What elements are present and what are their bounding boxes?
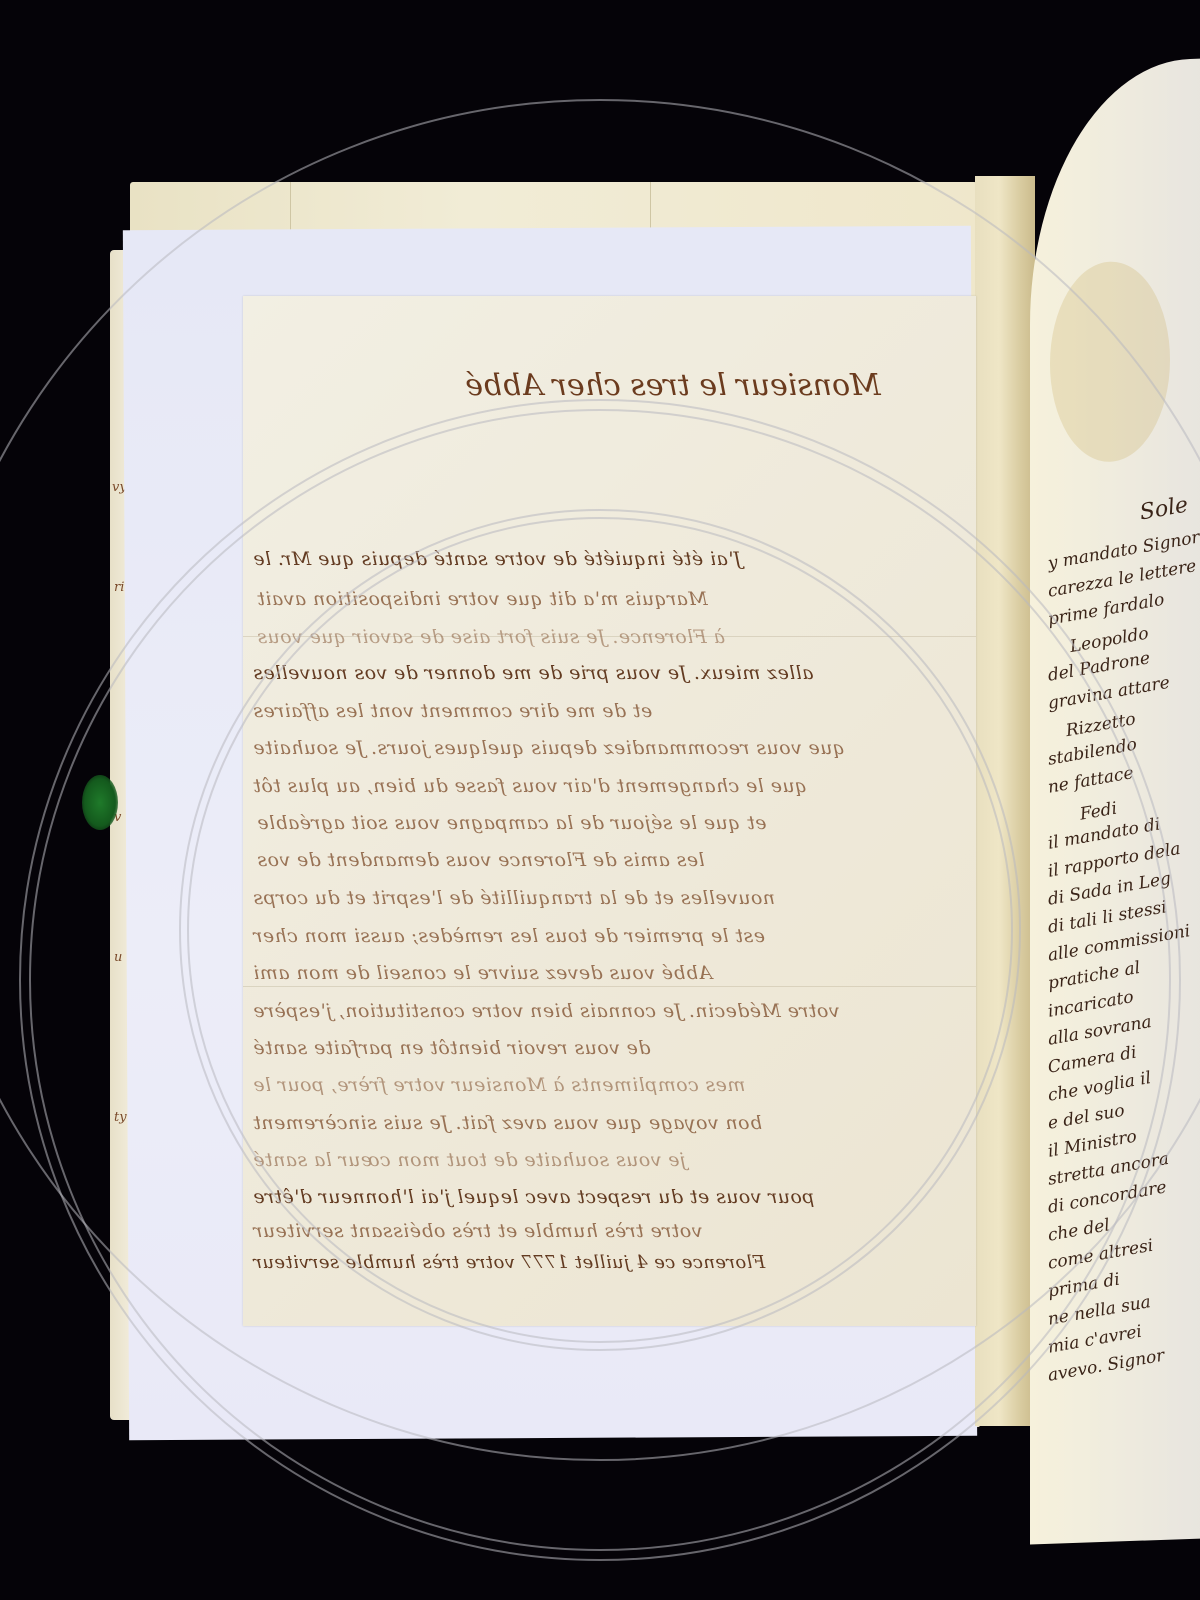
right-page-line: Sole [1138, 492, 1189, 525]
book-gutter [975, 176, 1035, 1426]
paper-fold [243, 986, 976, 987]
right-page-line: Fedi [1079, 798, 1119, 824]
letter-line: que le changement d'air vous fasse du bi… [253, 775, 807, 797]
letter-line: Marquis m'a dit que votre indisposition … [257, 588, 708, 610]
margin-fragment: ri [114, 580, 124, 595]
letter-line: et que le séjour de la campagne vous soi… [257, 812, 766, 834]
right-page-line: ne fattace [1047, 763, 1135, 798]
letter-line: les amis de Florence vous demandent de v… [257, 849, 705, 871]
letter-line: que vous recommandiez depuis quelques jo… [253, 737, 845, 759]
letter-line: Abbé vous devez suivre le conseil de mon… [253, 962, 712, 984]
letter-line: et de me dire comment vont les affaires [253, 700, 652, 722]
letter-line: allez mieux. Je vous prie de me donner d… [253, 662, 814, 684]
letter-line: J'ai été inquiété de votre santé depuis … [253, 548, 741, 570]
right-page-line: che del [1047, 1215, 1112, 1246]
margin-fragment: ty [114, 1110, 127, 1125]
right-page-line: e del suo [1047, 1101, 1126, 1134]
letter-line: est le premier de tous les remèdes; auss… [253, 925, 765, 947]
right-book-page: Sole y mandato Signor carezza le lettere… [1030, 55, 1200, 1544]
green-object [82, 775, 118, 830]
letter-line: pour vous et du respect avec lequel j'ai… [253, 1186, 814, 1208]
paper-stain [1050, 260, 1170, 464]
letter-line: nouvelles et de la tranquillité de l'esp… [253, 887, 775, 909]
letter-line: je vous souhaite de tout mon cœur la san… [253, 1149, 686, 1171]
letter-line: mes compliments à Monsieur votre frère, … [253, 1074, 745, 1096]
letter-line: bon voyage que vous avez fait. Je suis s… [253, 1112, 762, 1134]
letter-line: de vous revoir bientôt en parfaite santé [253, 1037, 650, 1059]
letter-line: votre très humble et très obéissant serv… [253, 1220, 702, 1242]
right-page-line: prima di [1047, 1269, 1122, 1301]
letter-line: votre Médecin. Je connais bien votre con… [253, 1000, 839, 1022]
letter-date-line: Florence ce 4 juillet 1777 votre très hu… [253, 1252, 765, 1273]
margin-fragment: u [114, 950, 122, 965]
letter-line: à Florence. Je suis fort aise de savoir … [257, 626, 725, 648]
letter-salutation: Monsieur le tres cher Abbé [443, 368, 903, 403]
manuscript-letter: Monsieur le tres cher Abbé J'ai été inqu… [243, 296, 976, 1326]
